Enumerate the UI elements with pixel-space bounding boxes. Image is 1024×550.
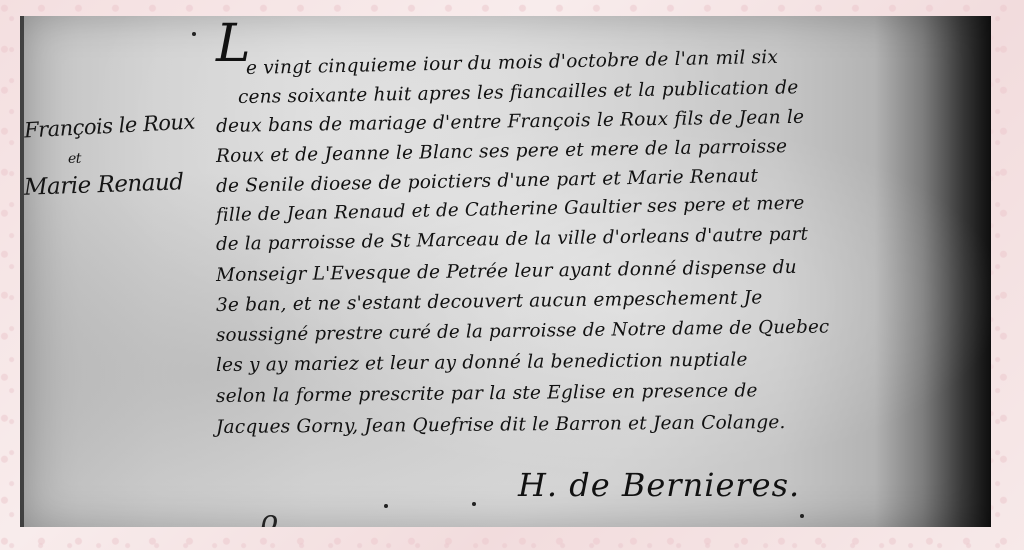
record-line-5: de Senile dioese de poictiers d'une part…: [216, 166, 759, 197]
record-line-12: selon la forme prescrite par la ste Egli…: [216, 380, 758, 407]
record-line-1: e vingt cinquieme iour du mois d'octobre…: [246, 47, 778, 79]
ink-dot: [472, 502, 476, 506]
record-line-2: cens soixante huit apres les fiancailles…: [238, 77, 799, 108]
record-line-7: de la parroisse de St Marceau de la vill…: [216, 224, 808, 255]
priest-signature: H. de Bernieres.: [518, 466, 800, 504]
record-line-4: Roux et de Jeanne le Blanc ses pere et m…: [216, 136, 788, 167]
record-line-6: fille de Jean Renaud et de Catherine Gau…: [216, 193, 805, 226]
stray-ink-mark: ρ: [260, 504, 278, 527]
record-line-10: soussigné prestre curé de la parroisse d…: [216, 316, 830, 346]
record-line-11: les y ay mariez et leur ay donné la bene…: [216, 349, 748, 376]
ink-dot: [384, 504, 388, 508]
record-line-8: Monseigr L'Evesque de Petrée leur ayant …: [216, 257, 797, 286]
document-scan: François le Roux et Marie Renaud L e vin…: [20, 16, 991, 527]
record-line-3: deux bans de mariage d'entre François le…: [216, 107, 804, 137]
record-body: L e vingt cinquieme iour du mois d'octob…: [20, 16, 991, 527]
record-line-9: 3e ban, et ne s'estant decouvert aucun e…: [216, 287, 763, 316]
record-line-13: Jacques Gorny, Jean Quefrise dit le Barr…: [216, 412, 786, 438]
ink-dot: [800, 514, 804, 518]
ink-dot: [192, 32, 196, 36]
